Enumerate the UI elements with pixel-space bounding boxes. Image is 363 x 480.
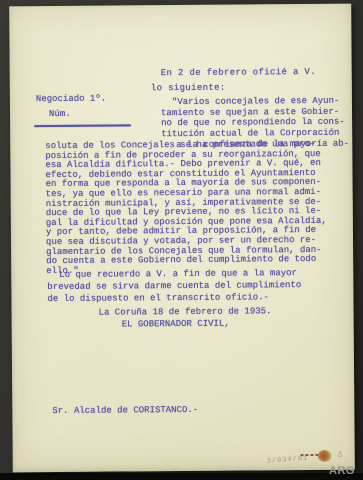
signature-text: EL GOBERNADOR CIVIL, — [122, 320, 230, 330]
negociado-text: Negociado 1º. — [36, 95, 106, 105]
ink-stain — [318, 450, 332, 462]
scanned-letter-page: En 2 de febrero oficié a V. lo siguiente… — [0, 0, 363, 480]
num-text: Núm. — [49, 110, 71, 120]
negociado-label: Negociado 1º. — [36, 95, 106, 105]
dateline: La Coruña 18 de febrero de 1935. — [99, 307, 272, 318]
intro-line: En 2 de febrero oficié a V. — [161, 65, 316, 81]
intro-line: lo siguiente: — [151, 80, 316, 96]
num-underline — [34, 124, 131, 127]
scan-bottom-edge — [0, 473, 363, 480]
addressee-line: Sr. Alcalde de CORISTANCO.- — [52, 406, 198, 417]
letter-paper: En 2 de febrero oficié a V. lo siguiente… — [9, 4, 355, 473]
closing-paragraph: Lo que recuerdo a V. a fin de que a la m… — [47, 267, 301, 305]
num-label: Núm. — [49, 110, 71, 120]
pencil-mark: 5 — [337, 450, 343, 460]
intro-paragraph: En 2 de febrero oficié a V. lo siguiente… — [161, 65, 317, 96]
arg-watermark: ARG — [329, 465, 355, 477]
quoted-paragraph-wide: soluta de los Concejales se ha presentad… — [45, 140, 327, 277]
addressee-text: Sr. Alcalde de CORISTANCO.- — [52, 406, 198, 417]
typed-line: de lo dispuesto en el transcrito oficio.… — [47, 291, 301, 305]
signature-line: EL GOBERNADOR CIVIL, — [122, 320, 230, 330]
archive-pencil-note: 3/034/81 — [266, 455, 308, 468]
dateline-text: La Coruña 18 de febrero de 1935. — [99, 307, 272, 318]
